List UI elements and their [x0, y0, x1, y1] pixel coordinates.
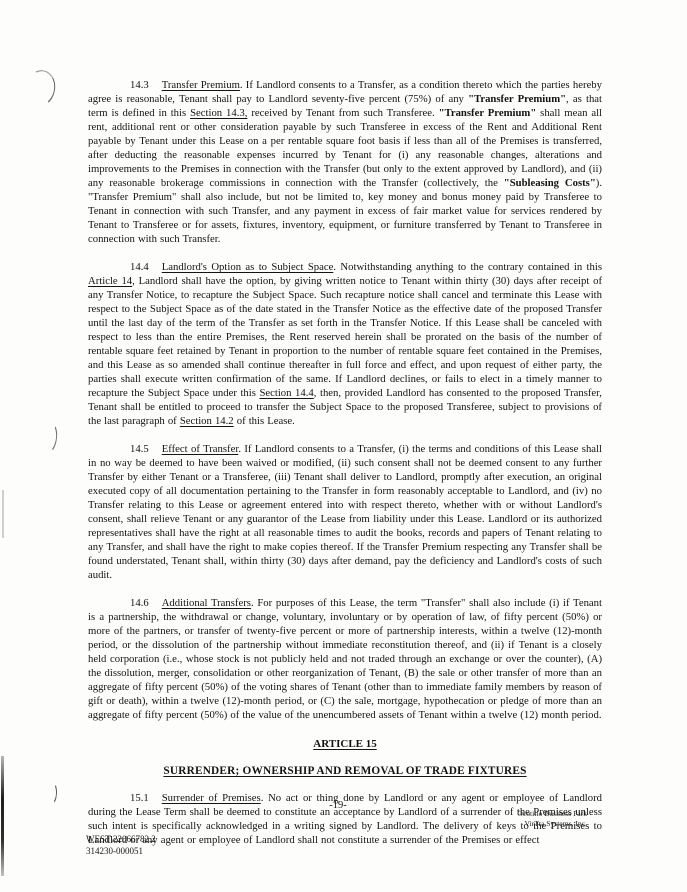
footer-matter-number: 314230-000051 [86, 846, 156, 858]
article-15-subtitle: SURRENDER; OWNERSHIP AND REMOVAL OF TRAD… [88, 765, 602, 777]
scan-artifact-bracket-top [21, 67, 59, 110]
page-number: -19- [88, 800, 588, 811]
section-body-text: . If Landlord consents to a Transfer, as… [88, 79, 602, 245]
section-14-3-paragraph: 14.3Transfer Premium. If Landlord consen… [88, 78, 602, 246]
section-14-4-paragraph: 14.4Landlord's Option as to Subject Spac… [88, 260, 602, 428]
section-14-5-paragraph: 14.5Effect of Transfer. If Landlord cons… [88, 442, 602, 582]
document-body: 14.3Transfer Premium. If Landlord consen… [88, 78, 602, 861]
footer-right-block: Ocotillo Business Park VirTra Systems, I… [517, 809, 587, 828]
footer-company-name: VirTra Systems, Inc. [517, 819, 587, 829]
scan-artifact-edge-line [1, 756, 4, 876]
section-body-text: . If Landlord consents to a Transfer, (i… [88, 443, 602, 581]
section-number: 14.3 [130, 79, 149, 91]
section-body-text: . For purposes of this Lease, the term "… [88, 597, 602, 721]
article-15-title: ARTICLE 15 [88, 738, 602, 750]
section-heading: Landlord's Option as to Subject Space [162, 261, 334, 273]
section-heading: Additional Transfers [162, 597, 251, 609]
footer-project-name: Ocotillo Business Park [517, 809, 587, 819]
section-number: 14.5 [130, 443, 149, 455]
document-page: 14.3Transfer Premium. If Landlord consen… [0, 0, 687, 892]
section-number: 14.4 [130, 261, 149, 273]
footer-document-id: WEST\22066782.2 [86, 834, 156, 846]
section-heading: Transfer Premium [162, 79, 240, 91]
scan-artifact-bracket-bottom [43, 781, 58, 807]
section-heading: Effect of Transfer [162, 443, 239, 455]
section-14-6-paragraph: 14.6Additional Transfers. For purposes o… [88, 596, 602, 722]
scan-artifact-bracket-middle [35, 419, 59, 456]
section-body-text: . Notwithstanding anything to the contra… [88, 261, 602, 427]
footer-left-block: WEST\22066782.2 314230-000051 [86, 834, 156, 857]
section-number: 14.6 [130, 597, 149, 609]
scan-artifact-edge-line-faint [2, 490, 4, 538]
